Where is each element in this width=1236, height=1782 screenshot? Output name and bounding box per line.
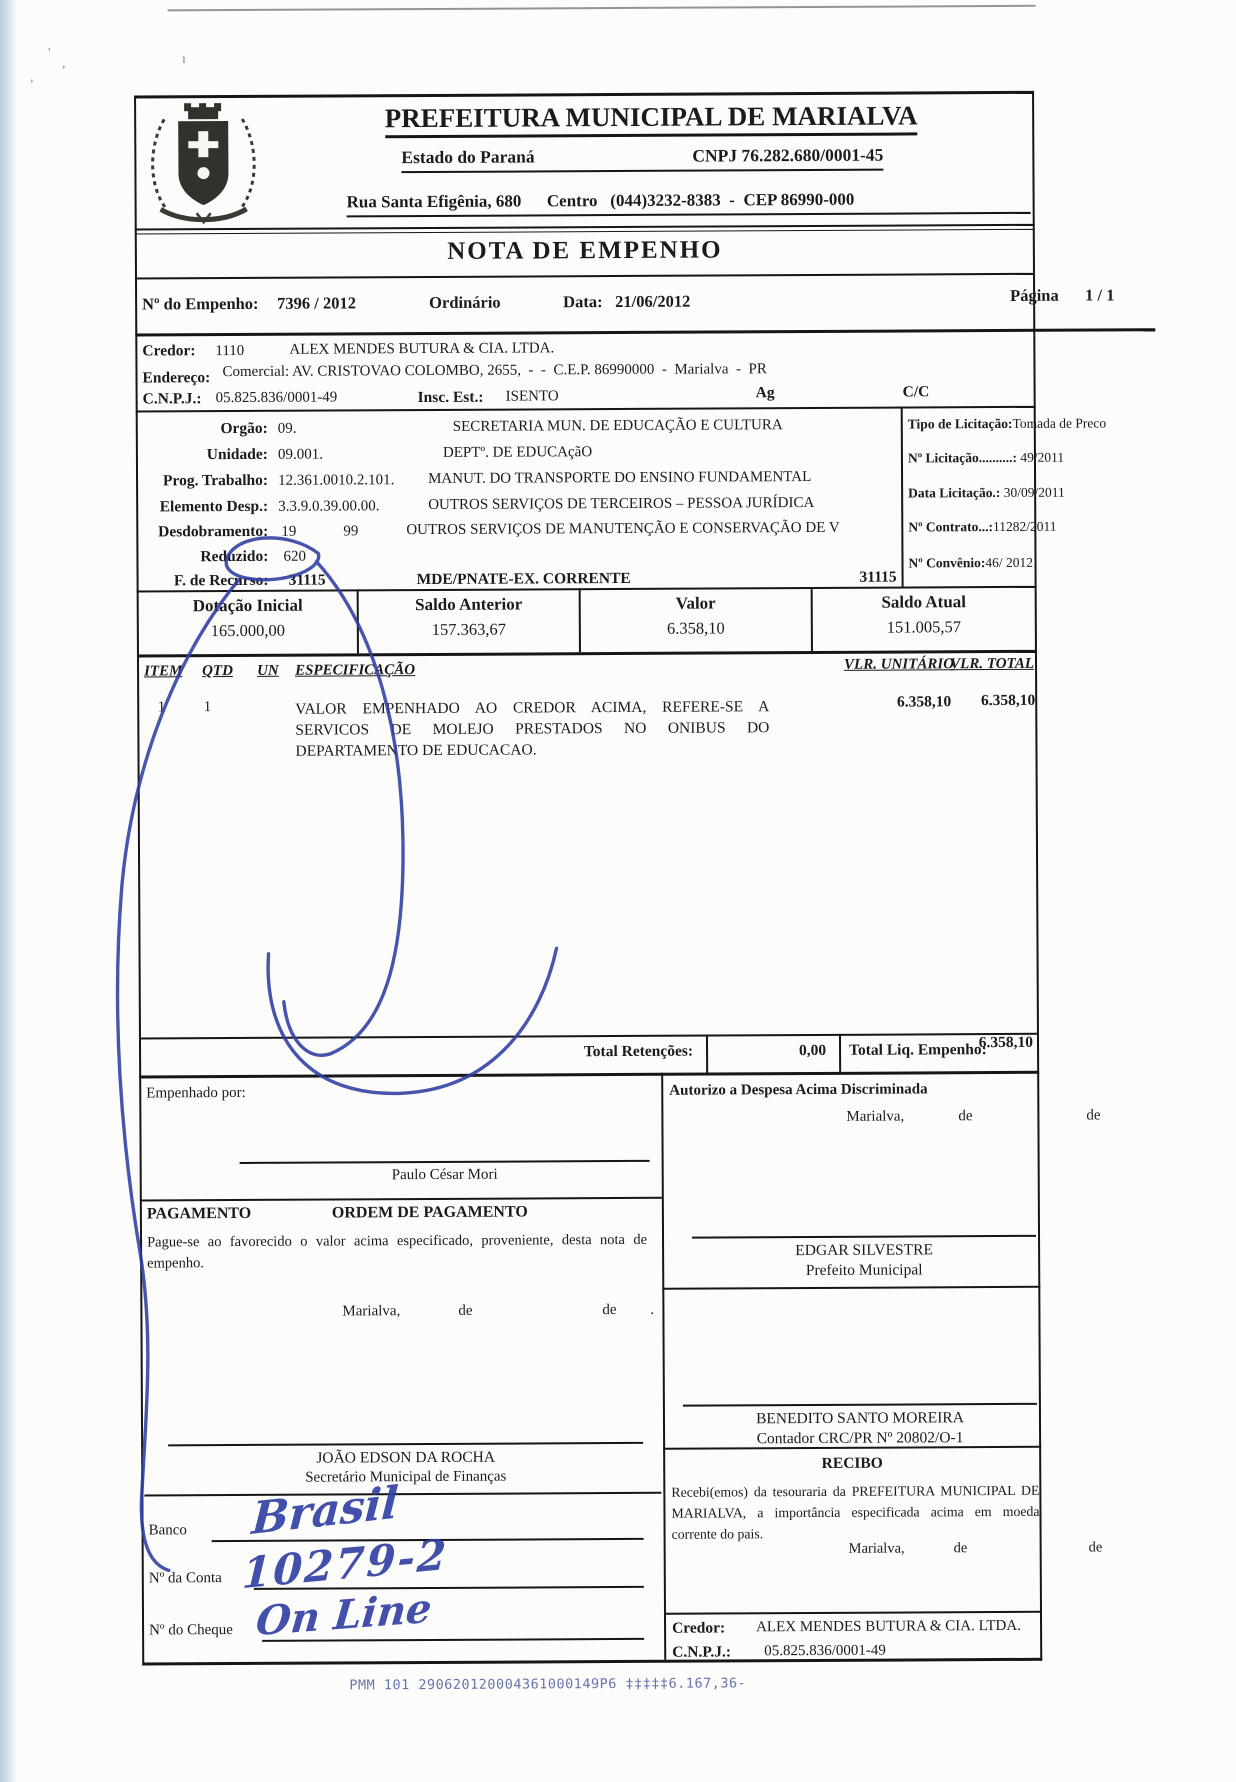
prog-label: Prog. Trabalho:: [138, 472, 268, 490]
empenho-tipo: Ordinário: [429, 294, 501, 313]
border-line: [839, 1034, 841, 1072]
pagina-label: Página: [1010, 287, 1059, 306]
contador-cargo: Contador CRC/PR Nº 20802/O-1: [683, 1429, 1037, 1449]
itens-header-especificacao: ESPECIFICAÇÃO: [295, 662, 415, 680]
reduzido-value: 620: [283, 549, 306, 566]
municipal-crest-logo: [144, 101, 263, 233]
border-line: [666, 1611, 1040, 1615]
empenhado-por-label: Empenhado por:: [146, 1085, 246, 1103]
endereco-label: Endereço:: [142, 369, 210, 387]
credor-cnpj: 05.825.836/0001-49: [216, 389, 338, 407]
orgao-label: Orgão:: [138, 420, 268, 438]
pagamento-texto: Pague-se ao favorecido o valor acima esp…: [147, 1230, 647, 1275]
saldo-col-value: 6.358,10: [581, 619, 811, 639]
prefeitura-title: PREFEITURA MUNICIPAL DE MARIALVA: [385, 100, 918, 138]
recurso-code-right: 31115: [797, 569, 897, 587]
elemento-code: 3.3.9.0.39.00.00.: [278, 498, 379, 516]
border-line: [134, 91, 1034, 99]
contrato-num: 11282/2011: [993, 519, 1057, 534]
desdobramento-code1: 19: [281, 524, 296, 541]
credor-nome: ALEX MENDES BUTURA & CIA. LTDA.: [289, 340, 554, 359]
item-qtd: 1: [189, 699, 211, 716]
saldo-col-value: 165.000,00: [139, 621, 357, 641]
credor-label: Credor:: [142, 342, 195, 360]
recibo-cnpj-label: C.N.P.J.:: [672, 1643, 731, 1661]
licitacao-num-row: Nº Licitação..........: 49/2011: [908, 450, 1064, 466]
empenho-data-label: Data:: [563, 293, 603, 312]
autorizo-de1: de: [958, 1108, 972, 1125]
ag-label: Ag: [756, 384, 775, 402]
credor-codigo: 1110: [215, 343, 244, 360]
licitacao-tipo: Tomada de Preco: [1012, 415, 1106, 430]
contador-nome: BENEDITO SANTO MOREIRA: [683, 1409, 1037, 1429]
item-vlr-total: 6.358,10: [947, 692, 1035, 710]
address-row: Rua Santa Efigênia, 680 Centro (044)3232…: [347, 189, 1031, 218]
item-num: 1: [139, 699, 165, 716]
cc-label: C/C: [903, 383, 930, 401]
pagamento-dot: .: [650, 1302, 654, 1319]
desdobramento-desc: OUTROS SERVIÇOS DE MANUTENÇÃO E CONSERVA…: [406, 520, 839, 540]
doc-title: NOTA DE EMPENHO: [135, 235, 1035, 268]
ordem-pagamento-titulo: ORDEM DE PAGAMENTO: [332, 1203, 528, 1222]
convenio-label: Nº Convênio:: [908, 555, 985, 570]
pagamento-cidade: Marialva,: [342, 1303, 400, 1321]
credor-cnpj-label: C.N.P.J.:: [143, 390, 202, 408]
address-text: Rua Santa Efigênia, 680 Centro (044)3232…: [347, 190, 855, 212]
recibo-credor-label: Credor:: [672, 1619, 725, 1637]
orgao-desc: SECRETARIA MUN. DE EDUCAÇÃO E CULTURA: [453, 417, 783, 436]
empenho-data: 21/06/2012: [615, 293, 690, 312]
unidade-label: Unidade:: [138, 446, 268, 464]
saldo-col-value: 151.005,57: [813, 618, 1035, 638]
contrato-label: Nº Contrato...:: [908, 519, 993, 534]
recibo-texto: Recebi(emos) da tesouraria da PREFEITURA…: [671, 1480, 1039, 1545]
empenhado-nome: Paulo César Mori: [240, 1166, 650, 1185]
empenho-num: 7396 / 2012: [277, 294, 356, 313]
saldo-col-header: Dotação Inicial: [139, 595, 357, 616]
total-retencoes-label: Total Retenções:: [461, 1043, 693, 1062]
pagamento-de2: de: [602, 1302, 616, 1319]
border-line: [135, 273, 1035, 280]
secretario-nome: JOÃO EDSON DA ROCHA: [168, 1448, 643, 1468]
recibo-titulo: RECIBO: [663, 1454, 1041, 1474]
signature-line: [683, 1403, 1037, 1407]
convenio-row: Nº Convênio:46/ 2012: [908, 555, 1033, 571]
cheque-label: Nº do Cheque: [149, 1622, 233, 1640]
licitacao-data-label: Data Licitação.:: [908, 485, 1000, 500]
itens-header-vlr-unitario: VLR. UNITÁRIO: [814, 656, 954, 674]
scanned-document-page: ' , ı ,: [0, 0, 1236, 1782]
page-edge-line: [168, 5, 1036, 12]
handwriting-banco: Brasil: [250, 1477, 400, 1545]
border-line: [134, 96, 144, 1666]
border-line: [139, 1071, 1039, 1079]
signature-line: [168, 1442, 643, 1446]
border-line: [901, 407, 904, 587]
itens-header-un: UN: [257, 663, 279, 680]
header-subtitle-row: Estado do Paraná CNPJ 76.282.680/0001-45: [401, 145, 883, 174]
pagina-value: 1 / 1: [1085, 286, 1114, 305]
conta-label: Nº da Conta: [149, 1570, 222, 1588]
licitacao-data: 30/09/2011: [1004, 485, 1065, 500]
unidade-desc: DEPTº. DE EDUCAçãO: [443, 444, 592, 462]
licitacao-num-label: Nº Licitação..........:: [908, 450, 1017, 466]
recibo-credor-nome: ALEX MENDES BUTURA & CIA. LTDA.: [756, 1618, 1021, 1637]
saldo-col-header: Saldo Anterior: [359, 594, 579, 615]
recibo-cidade: Marialva,: [849, 1541, 905, 1558]
state-label: Estado do Paraná: [401, 146, 534, 168]
border-line: [135, 328, 1155, 336]
licitacao-data-row: Data Licitação.: 30/09/2011: [908, 485, 1065, 501]
pagamento-de1: de: [458, 1303, 472, 1320]
dot-matrix-print-line: PMM 101 290620120004361000149P6 ‡‡‡‡‡6.1…: [349, 1675, 746, 1693]
total-retencoes-value: 0,00: [716, 1042, 826, 1060]
convenio-num: 46/ 2012: [985, 555, 1033, 570]
item-especificacao: VALOR EMPENHADO AO CREDOR ACIMA, REFERE-…: [295, 696, 769, 761]
border-line: [706, 1035, 708, 1073]
form-scan: PREFEITURA MUNICIPAL DE MARIALVA Estado …: [0, 0, 1236, 1782]
itens-header-qtd: QTD: [202, 663, 233, 680]
desdobramento-label: Desdobramento:: [138, 523, 268, 541]
autorizo-de2: de: [1086, 1107, 1100, 1124]
cnpj-header: CNPJ 76.282.680/0001-45: [692, 145, 883, 167]
itens-header-vlr-total: VLR. TOTAL: [944, 656, 1034, 674]
recibo-de2: de: [1089, 1539, 1103, 1556]
endereco-value: Comercial: AV. CRISTOVAO COLOMBO, 2655, …: [222, 361, 766, 381]
border-line: [662, 1286, 1040, 1290]
item-vlr-unitario: 6.358,10: [839, 693, 951, 711]
header-title-wrap: PREFEITURA MUNICIPAL DE MARIALVA: [276, 100, 1026, 135]
recibo-cnpj: 05.825.836/0001-49: [764, 1643, 886, 1661]
border-line: [139, 1033, 1039, 1040]
border-line: [144, 1492, 661, 1497]
elemento-label: Elemento Desp.:: [138, 498, 268, 516]
signature-line: [240, 1160, 650, 1164]
signature-line: [692, 1235, 1036, 1239]
saldo-col-header: Valor: [581, 593, 811, 614]
prog-desc: MANUT. DO TRANSPORTE DO ENSINO FUNDAMENT…: [428, 469, 811, 488]
contrato-row: Nº Contrato...:11282/2011: [908, 519, 1056, 535]
autorizo-cidade: Marialva,: [846, 1109, 904, 1127]
saldo-col-header: Saldo Atual: [813, 592, 1035, 613]
border-line: [140, 1197, 662, 1202]
recurso-code: 31115: [289, 572, 326, 590]
prog-code: 12.361.0010.2.101.: [278, 472, 394, 490]
recurso-desc: MDE/PNATE-EX. CORRENTE: [417, 570, 631, 589]
pagamento-titulo: PAGAMENTO: [147, 1205, 251, 1224]
total-liq-value: 6.358,10: [931, 1034, 1033, 1052]
empenho-num-label: Nº do Empenho:: [142, 295, 258, 315]
reduzido-label: Reduzido:: [138, 548, 268, 566]
insc-value: ISENTO: [506, 388, 559, 406]
prefeito-nome: EDGAR SILVESTRE: [692, 1241, 1036, 1261]
orgao-code: 09.: [278, 421, 297, 438]
licitacao-num: 49/2011: [1020, 450, 1064, 465]
elemento-desc: OUTROS SERVIÇOS DE TERCEIROS – PESSOA JU…: [428, 495, 814, 514]
licitacao-tipo-row: Tipo de Licitação:Tomada de Preco: [908, 415, 1106, 432]
banco-label: Banco: [149, 1522, 187, 1539]
prefeito-cargo: Prefeito Municipal: [692, 1261, 1036, 1281]
border-line: [661, 1073, 666, 1660]
desdobramento-code2: 99: [343, 523, 358, 540]
autorizo-titulo: Autorizo a Despesa Acima Discriminada: [669, 1081, 927, 1100]
recurso-label: F. de Recurso:: [139, 572, 269, 590]
itens-header-item: ITEM: [144, 663, 182, 680]
saldo-col-value: 157.363,67: [359, 620, 579, 640]
insc-label: Insc. Est.:: [418, 389, 484, 407]
secretario-cargo: Secretário Municipal de Finanças: [168, 1468, 643, 1488]
unidade-code: 09.001.: [278, 447, 323, 464]
recibo-de1: de: [954, 1540, 968, 1557]
licitacao-tipo-label: Tipo de Licitação:: [908, 416, 1013, 432]
border-line: [142, 1658, 1042, 1666]
